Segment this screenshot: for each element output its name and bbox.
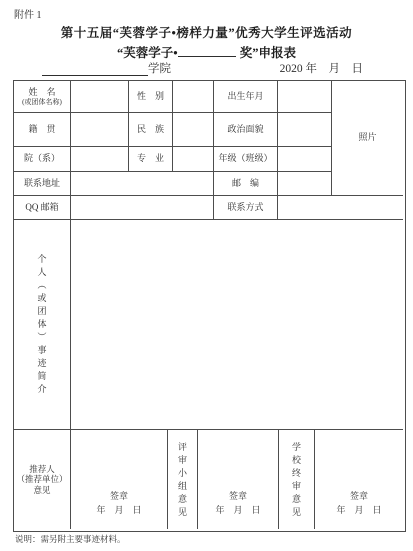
date-line: 2020 年 月 日 bbox=[280, 60, 363, 76]
name-value-cell bbox=[71, 81, 129, 113]
major-value-cell bbox=[173, 147, 214, 172]
attachment-label: 附件 1 bbox=[14, 6, 42, 21]
postal-code-value-cell bbox=[278, 172, 332, 196]
birth-date-label: 出生年月 bbox=[214, 81, 278, 113]
qq-email-label: QQ 邮箱 bbox=[14, 196, 71, 220]
award-name-blank-line bbox=[178, 45, 236, 57]
college-label: 学院 bbox=[148, 60, 171, 76]
ethnicity-value-cell bbox=[173, 113, 214, 147]
qq-email-value-cell bbox=[71, 196, 214, 220]
deeds-intro-label: 个 人 ︵ 或 团 体 ︶ 事 迹 简 介 bbox=[14, 220, 71, 430]
document-title-line2: “芙蓉学子•奖”申报表 bbox=[0, 43, 413, 61]
footer-note: 说明：需另附主要事迹材料。 bbox=[15, 533, 126, 545]
gender-value-cell bbox=[173, 81, 214, 113]
grade-class-label: 年级（班级） bbox=[214, 147, 278, 172]
college-dept-label: 院（系） bbox=[14, 147, 71, 172]
ethnicity-label: 民 族 bbox=[129, 113, 173, 147]
recommender-opinion-label: 推荐人 （推荐单位） 意见 bbox=[14, 430, 71, 529]
recommender-signature-cell: 签章 年 月 日 bbox=[71, 430, 168, 529]
contact-address-label: 联系地址 bbox=[14, 172, 71, 196]
title2-prefix: “芙蓉学子• bbox=[117, 46, 178, 60]
name-label-sub: (或团体名称) bbox=[22, 98, 62, 107]
college-date-line: 学院 2020 年 月 日 bbox=[0, 60, 413, 76]
postal-code-label: 邮 编 bbox=[214, 172, 278, 196]
school-final-signature-cell: 签章 年 月 日 bbox=[315, 430, 403, 529]
contact-method-label: 联系方式 bbox=[214, 196, 278, 220]
form-table: 姓 名 (或团体名称) 性 别 出生年月 照片 籍 贯 民 族 政治面貌 院（系… bbox=[13, 80, 406, 532]
review-team-opinion-label: 评 审 小 组 意 见 bbox=[168, 430, 198, 529]
birth-date-value-cell bbox=[278, 81, 332, 113]
native-place-value-cell bbox=[71, 113, 129, 147]
school-final-opinion-label: 学 校 终 审 意 见 bbox=[279, 430, 315, 529]
photo-cell: 照片 bbox=[332, 81, 403, 196]
contact-method-value-cell bbox=[278, 196, 403, 220]
college-dept-value-cell bbox=[71, 147, 129, 172]
deeds-intro-content-cell bbox=[71, 220, 403, 430]
grade-class-value-cell bbox=[278, 147, 332, 172]
contact-address-value-cell bbox=[71, 172, 214, 196]
title2-suffix: 奖”申报表 bbox=[240, 46, 296, 60]
review-team-signature-cell: 签章 年 月 日 bbox=[198, 430, 279, 529]
name-label-main: 姓 名 bbox=[28, 87, 55, 98]
gender-label: 性 别 bbox=[129, 81, 173, 113]
native-place-label: 籍 贯 bbox=[14, 113, 71, 147]
political-status-label: 政治面貌 bbox=[214, 113, 278, 147]
college-blank-line bbox=[42, 63, 148, 76]
name-label: 姓 名 (或团体名称) bbox=[14, 81, 71, 113]
political-status-value-cell bbox=[278, 113, 332, 147]
application-form-document: 附件 1 第十五届“芙蓉学子•榜样力量”优秀大学生评选活动 “芙蓉学子•奖”申报… bbox=[0, 0, 413, 551]
major-label: 专 业 bbox=[129, 147, 173, 172]
document-title-line1: 第十五届“芙蓉学子•榜样力量”优秀大学生评选活动 bbox=[0, 23, 413, 41]
